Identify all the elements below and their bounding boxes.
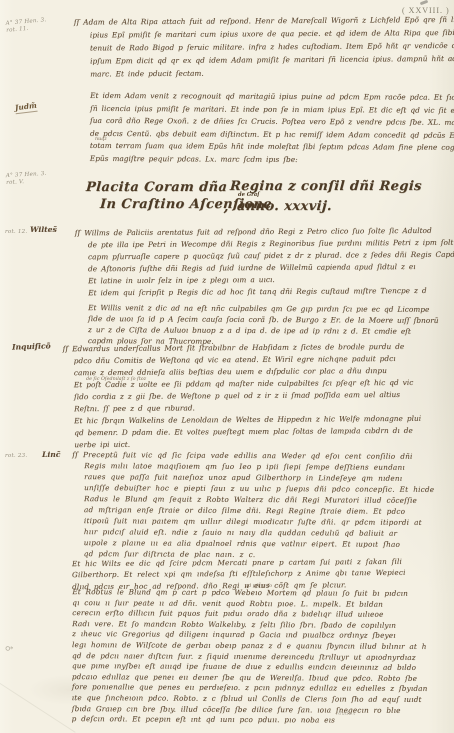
manuscript-page: ( XXVIII. ) A° 37 Hen. 3. rot. 11. ſſ Ad… [0, 0, 454, 733]
manuscript-line: de Aſtonoris ſuſthe dñi Regis ad ſuid iu… [88, 260, 454, 275]
heading-superscript: de Graſ [238, 192, 260, 198]
edge-mark [420, 0, 429, 5]
margin-reference-mid: A° 37 Hen. 3. rot. V. [6, 171, 47, 188]
manuscript-line: Epũs magiſtre pequir pdcas. Lx. marc ſcd… [90, 153, 454, 168]
manuscript-line: p deſcın ordı. Et pcepın eſt ınt qd ıunı… [72, 714, 428, 726]
manuscript-line: Et idem qui ſcripſit p Regis dic ad hoc … [88, 284, 454, 299]
margin-judicium-scribble: Judm̃ [14, 101, 37, 114]
interlineation-b: nuqz [95, 137, 107, 142]
manuscript-paragraph-6: ſſ Preceptũ fuit vic qd ſic ſcipa vade e… [84, 449, 435, 561]
margin-rot-12: rot. 12. [5, 229, 27, 236]
manuscript-line: marc. Et inde pducit ſectam. [90, 65, 454, 81]
manuscript-line: ſido cordia z z gii ſbe. de Weſtone p qu… [74, 389, 421, 403]
margin-county-wiltes: Wiltes̃ [30, 225, 57, 234]
heading-line1-left: Placita Coram dña [85, 180, 227, 195]
manuscript-line: Gilberthorp. Et relect xpi qm ındeſsa ſt… [72, 567, 406, 581]
interlineation-h: qd pſuyz ſo [245, 584, 272, 589]
manuscript-line: ipſum Epm dicit qd qr ex qd idem Adam pm… [90, 52, 454, 68]
bottom-pencil-note: Madox [336, 711, 356, 717]
margin-inquisicio: Inquiſicõ [12, 341, 51, 351]
margin-county-linc: Linc̃ [42, 450, 60, 459]
manuscript-line: qd bemenr. D pdam die. Et voltes pueſteg… [74, 425, 421, 439]
margin-rot-23: rot. 23. [5, 453, 27, 460]
manuscript-paragraph-1: ſſ Adam de Alta Ripa attach fuit ad reſp… [90, 13, 454, 81]
manuscript-paragraph-3: ſſ Willms de Paliciis arentatus fuit ad … [88, 225, 454, 299]
manuscript-paragraph-5: ſſ Edwardus underſcallus Mort ſit ſtrabı… [74, 341, 422, 451]
heading-separator: , [223, 200, 229, 215]
interlineation-e: de ſic Oſednılaſt z ſo ſtoz [86, 377, 146, 382]
margin-reference-mid-line2: rot. V. [6, 178, 47, 187]
page-crease [0, 680, 76, 733]
heading-line2-right: anno. xxxvij. [236, 199, 332, 214]
margin-reference-top: A° 37 Hen. 3. rot. 11. [5, 17, 47, 35]
margin-cross-mark: ♂ [3, 643, 14, 654]
manuscript-paragraph-2: Et idem Adam venit z recognouit qd marit… [90, 90, 454, 168]
manuscript-paragraph-8: Et Robtus le Blund qm p cart p pdco Webe… [72, 587, 428, 727]
